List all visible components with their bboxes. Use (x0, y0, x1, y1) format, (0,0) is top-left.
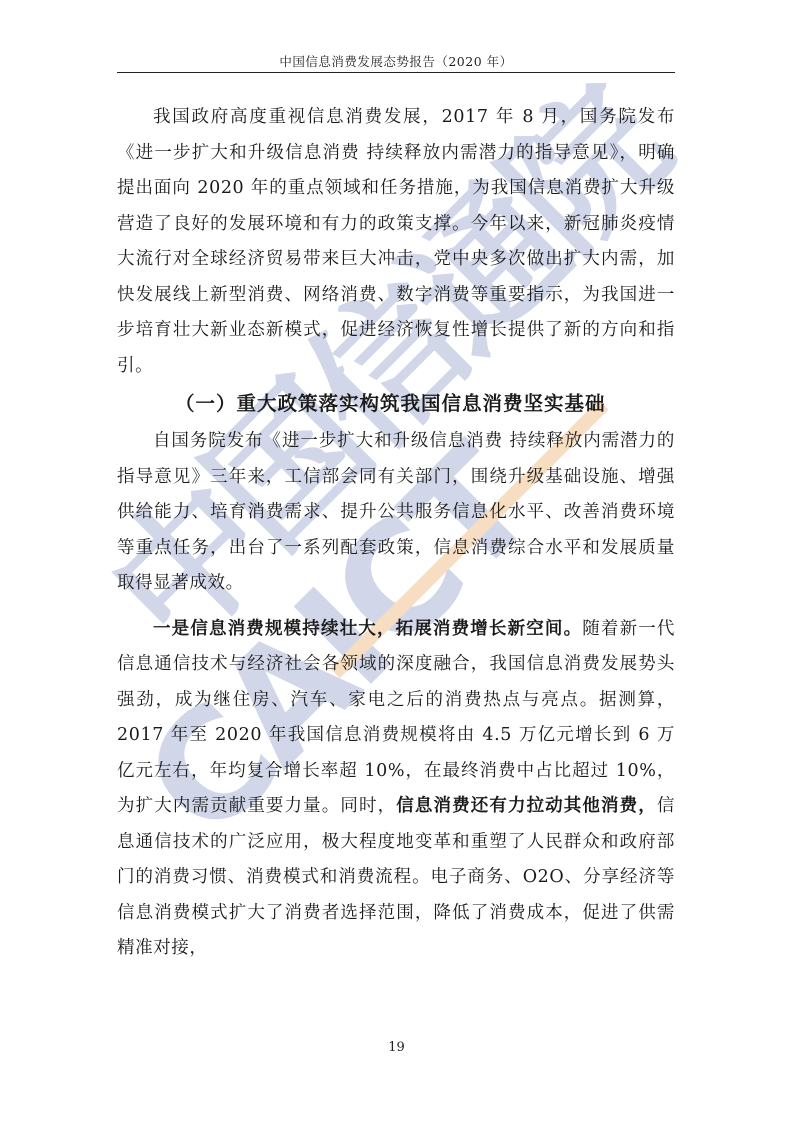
document-body: 我国政府高度重视信息消费发展，2017 年 8 月，国务院发布《进一步扩大和升级… (117, 100, 675, 967)
paragraph-text-continued: 信息通信技术的广泛应用，极大程度地变革和重塑了人民群众和政府部门的消费习惯、消费… (117, 796, 675, 958)
paragraph-text: 随着新一代信息通信技术与经济社会各领域的深度融合，我国信息消费发展势头强劲，成为… (117, 619, 675, 817)
paragraph-intro: 我国政府高度重视信息消费发展，2017 年 8 月，国务院发布《进一步扩大和升级… (117, 100, 675, 384)
paragraph-lead-bold: 一是信息消费规模持续壮大，拓展消费增长新空间。 (153, 619, 582, 639)
page-number: 19 (0, 1040, 793, 1055)
section-heading: （一）重大政策落实构筑我国信息消费坚实基础 (117, 384, 675, 424)
paragraph-scale: 一是信息消费规模持续壮大，拓展消费增长新空间。随着新一代信息通信技术与经济社会各… (117, 612, 675, 967)
running-header: 中国信息消费发展态势报告（2020 年） (117, 52, 675, 70)
paragraph-mid-bold: 信息消费还有力拉动其他消费， (396, 796, 657, 816)
header-divider (117, 72, 675, 73)
paragraph-policy: 自国务院发布《进一步扩大和升级信息消费 持续释放内需潜力的指导意见》三年来，工信… (117, 424, 675, 602)
